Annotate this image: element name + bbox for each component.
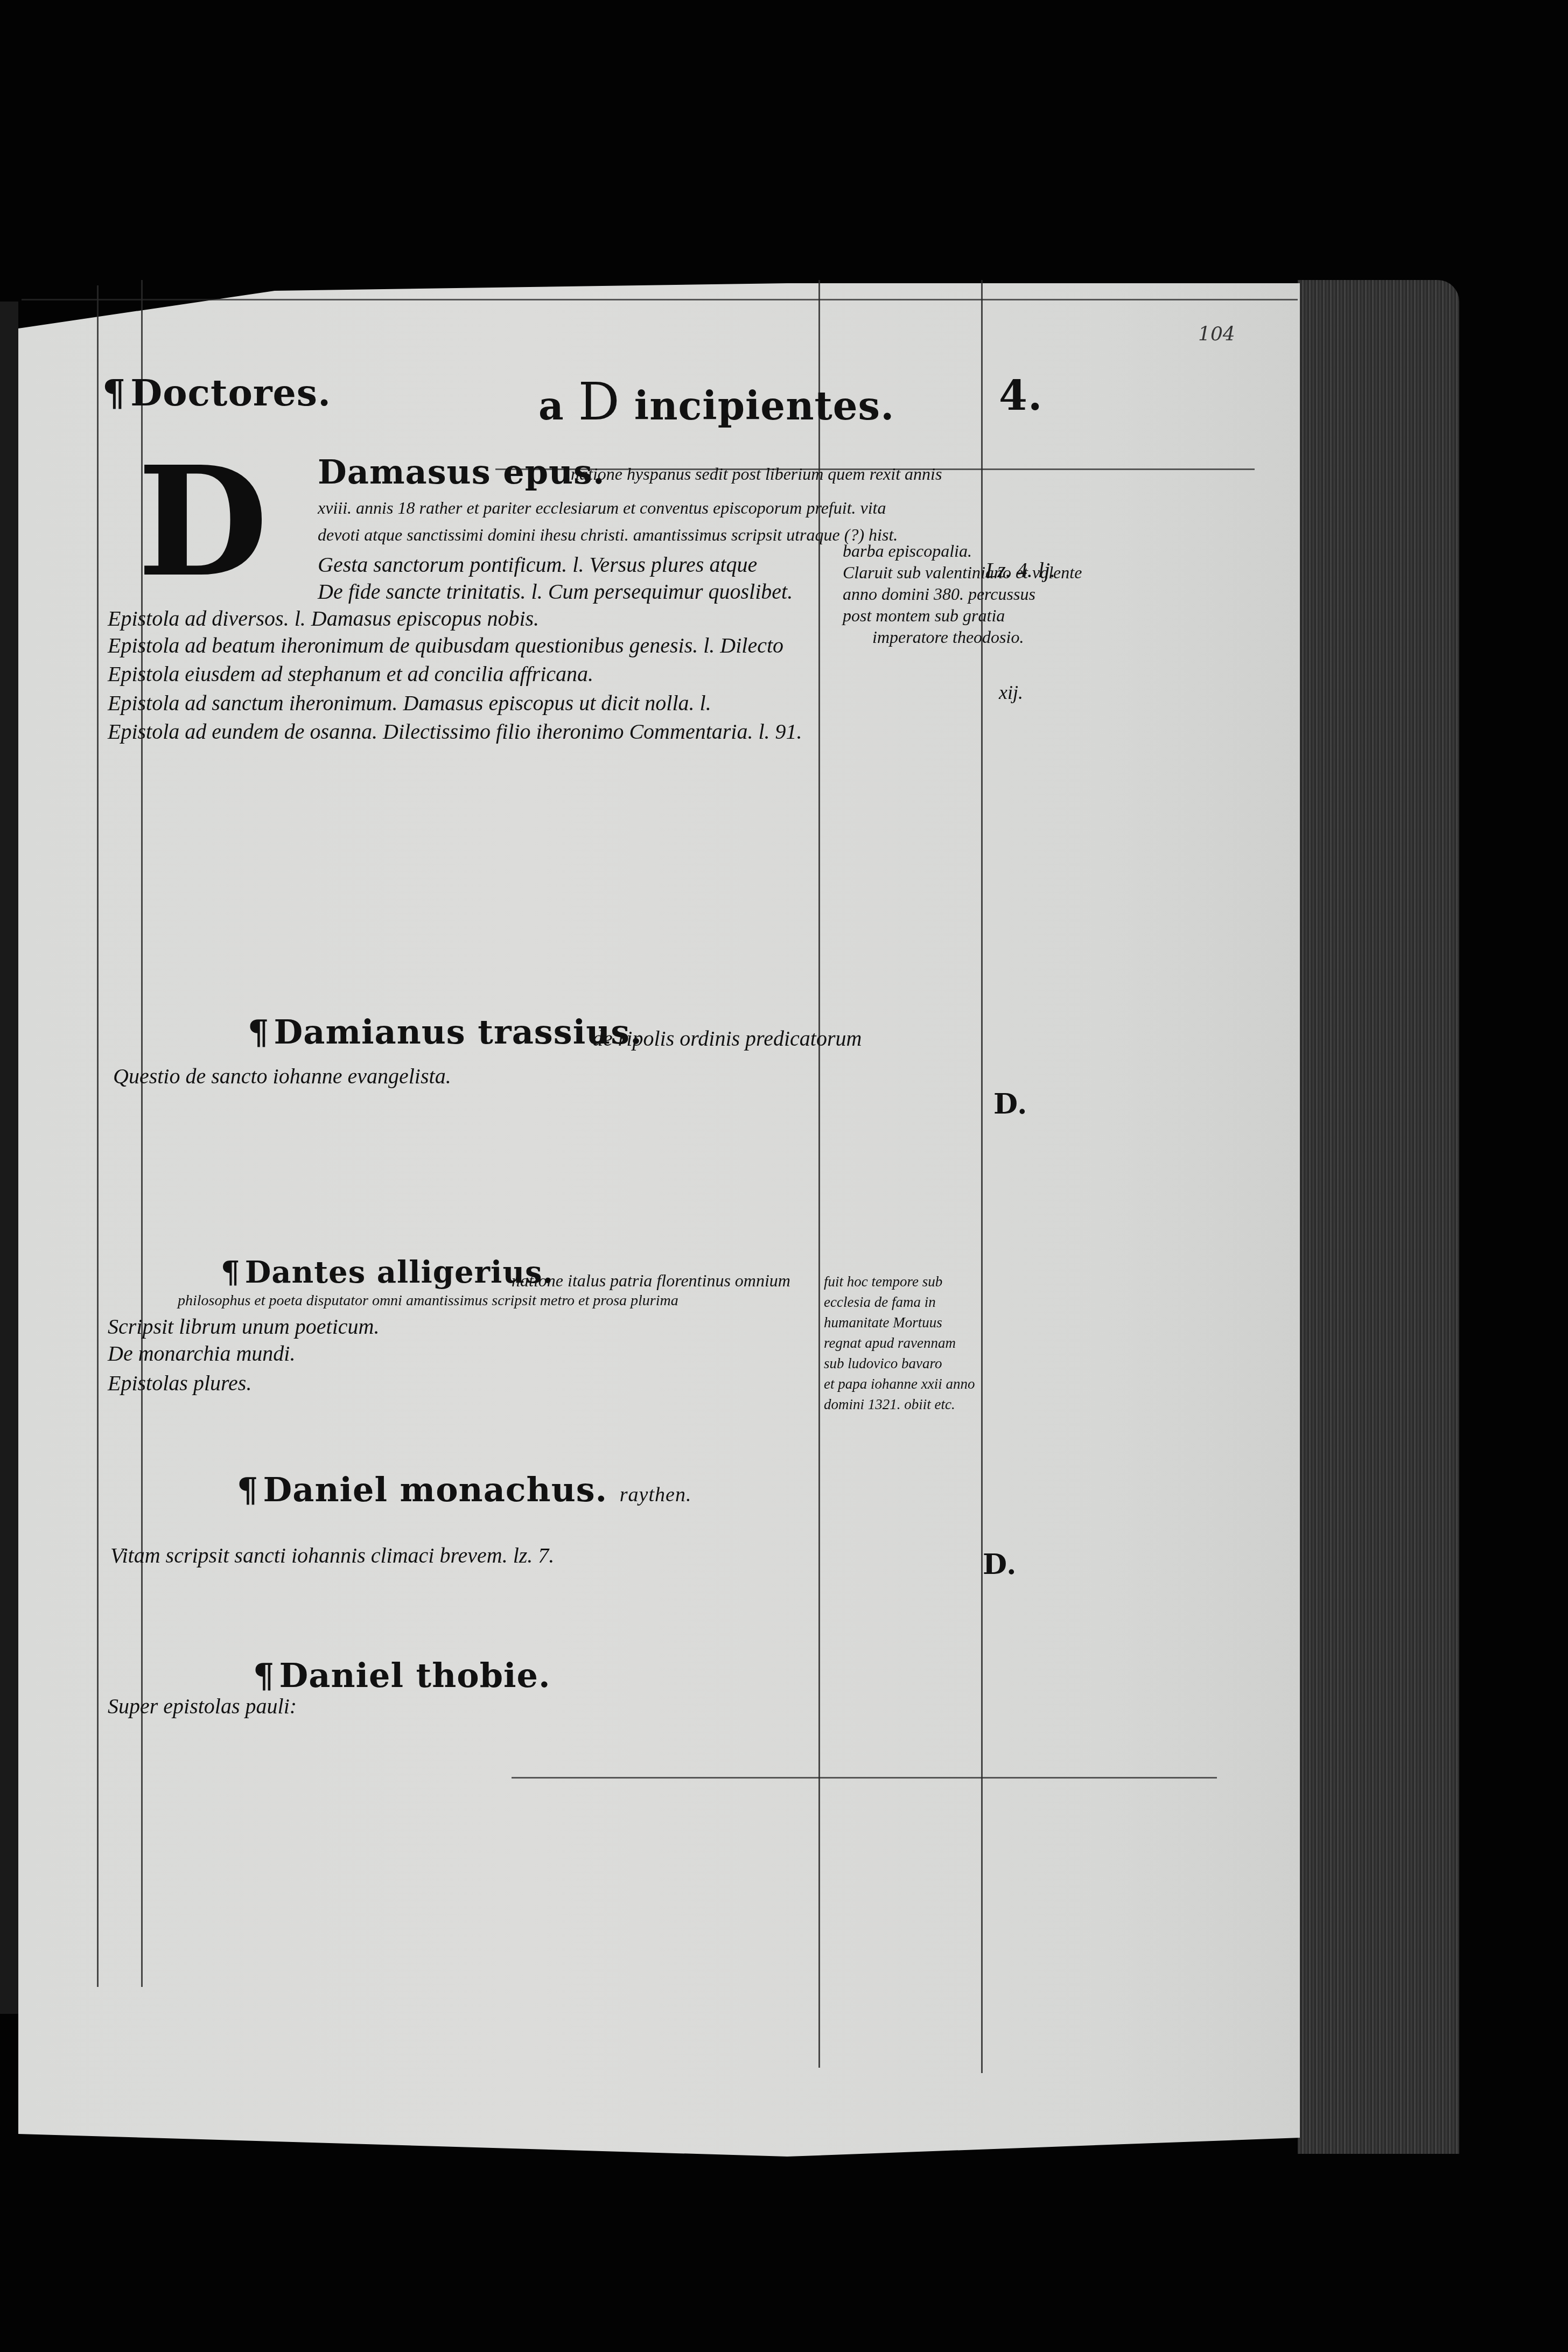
entry-line: Vitam scripsit sancti iohannis climaci b…: [110, 1543, 554, 1568]
margin-note-line: regnat apud ravennam: [824, 1335, 956, 1352]
margin-note-line: humanitate Mortuus: [824, 1314, 942, 1331]
running-head-initial: D: [578, 372, 620, 432]
work-line: Epistola eiusdem ad stephanum et ad conc…: [108, 661, 593, 687]
verso-page-edge: [0, 302, 18, 2014]
entry-line: de ripolis ordinis predicatorum: [592, 1026, 862, 1051]
decorated-initial-d: D: [137, 463, 310, 582]
book-fore-edge: [1298, 280, 1459, 2154]
work-line: De monarchia mundi.: [108, 1341, 295, 1366]
folio-number: 104: [1198, 323, 1235, 345]
margin-note-line: sub ludovico bavaro: [824, 1355, 942, 1372]
margin-note-line: et papa iohanne xxii anno: [824, 1376, 975, 1392]
paragraph-mark-icon: ¶: [237, 1470, 258, 1509]
running-head-suffix: incipientes.: [634, 383, 894, 429]
work-line: Epistola ad diversos. l. Damasus episcop…: [108, 606, 539, 631]
entry-line: philosophus et poeta disputator omni ama…: [178, 1292, 678, 1310]
margin-note-line: fuit hoc tempore sub: [824, 1273, 942, 1290]
margin-note-line: barba episcopalia.: [843, 541, 972, 561]
entry-line: devoti atque sanctissimi domini ihesu ch…: [318, 525, 898, 545]
running-head-left-text: Doctores.: [130, 372, 331, 415]
work-line: Scripsit librum unum poeticum.: [108, 1314, 379, 1339]
entry-heading-text: Daniel monachus.: [263, 1470, 607, 1509]
margin-note-line: imperatore theodosio.: [872, 627, 1024, 647]
paragraph-mark-icon: ¶: [253, 1656, 275, 1695]
ruling-line-bottom-text: [512, 1777, 1217, 1779]
entry-line: natione italus patria florentinus omnium: [512, 1271, 790, 1291]
ruling-line-outer-left: [97, 285, 99, 1987]
entry-line: Gesta sanctorum pontificum. l. Versus pl…: [318, 552, 757, 577]
running-head-left: ¶Doctores.: [102, 372, 331, 415]
entry-heading-damasus: Damasus epus.: [318, 452, 605, 492]
margin-reference: Lz. 4. lj.: [985, 557, 1055, 583]
entry-line: Super epistolas pauli:: [108, 1693, 297, 1719]
paragraph-mark-icon: ¶: [221, 1255, 241, 1290]
entry-heading-daniel-monachus: ¶Daniel monachus. raythen.: [237, 1470, 691, 1509]
margin-reference: D.: [993, 1088, 1027, 1121]
paragraph-mark-icon: ¶: [102, 372, 126, 415]
entry-heading-suffix: raythen.: [620, 1483, 692, 1506]
work-line: Epistolas plures.: [108, 1370, 251, 1396]
margin-reference: xij.: [999, 681, 1023, 704]
running-head-right: 4.: [999, 372, 1042, 419]
entry-line: natione hyspanus sedit post liberium que…: [571, 464, 942, 484]
entry-line: xviii. annis 18 rather et pariter eccles…: [318, 498, 886, 518]
margin-note-line: ecclesia de fama in: [824, 1294, 936, 1311]
entry-heading-text: Daniel thobie.: [279, 1656, 550, 1695]
work-line: Epistola ad eundem de osanna. Dilectissi…: [108, 719, 802, 744]
entry-heading-dantes: ¶Dantes alligerius.: [221, 1255, 554, 1290]
ruling-line-col-a: [818, 280, 820, 2068]
entry-heading-text: Damianus trassius.: [274, 1012, 642, 1052]
work-line: Epistola ad sanctum iheronimum. Damasus …: [108, 690, 711, 716]
entry-line: De fide sancte trinitatis. l. Cum perseq…: [318, 579, 793, 604]
margin-note-line: domini 1321. obiit etc.: [824, 1396, 955, 1413]
entry-heading-daniel-thobie: ¶Daniel thobie.: [253, 1656, 551, 1695]
entry-line: Questio de sancto iohanne evangelista.: [113, 1063, 451, 1089]
ruling-line-col-b: [981, 280, 983, 2073]
entry-heading-text: Dantes alligerius.: [245, 1255, 554, 1290]
running-head-prefix: a: [538, 383, 564, 429]
entry-heading-damianus: ¶Damianus trassius.: [248, 1012, 642, 1052]
work-line: Epistola ad beatum iheronimum de quibusd…: [108, 633, 783, 658]
margin-reference: D.: [983, 1548, 1017, 1581]
margin-note-line: anno domini 380. percussus: [843, 584, 1035, 604]
paragraph-mark-icon: ¶: [248, 1012, 269, 1052]
running-head-center: a D incipientes.: [538, 372, 894, 432]
margin-note-line: post montem sub gratia: [843, 606, 1005, 626]
ruling-line-top: [22, 299, 1298, 300]
